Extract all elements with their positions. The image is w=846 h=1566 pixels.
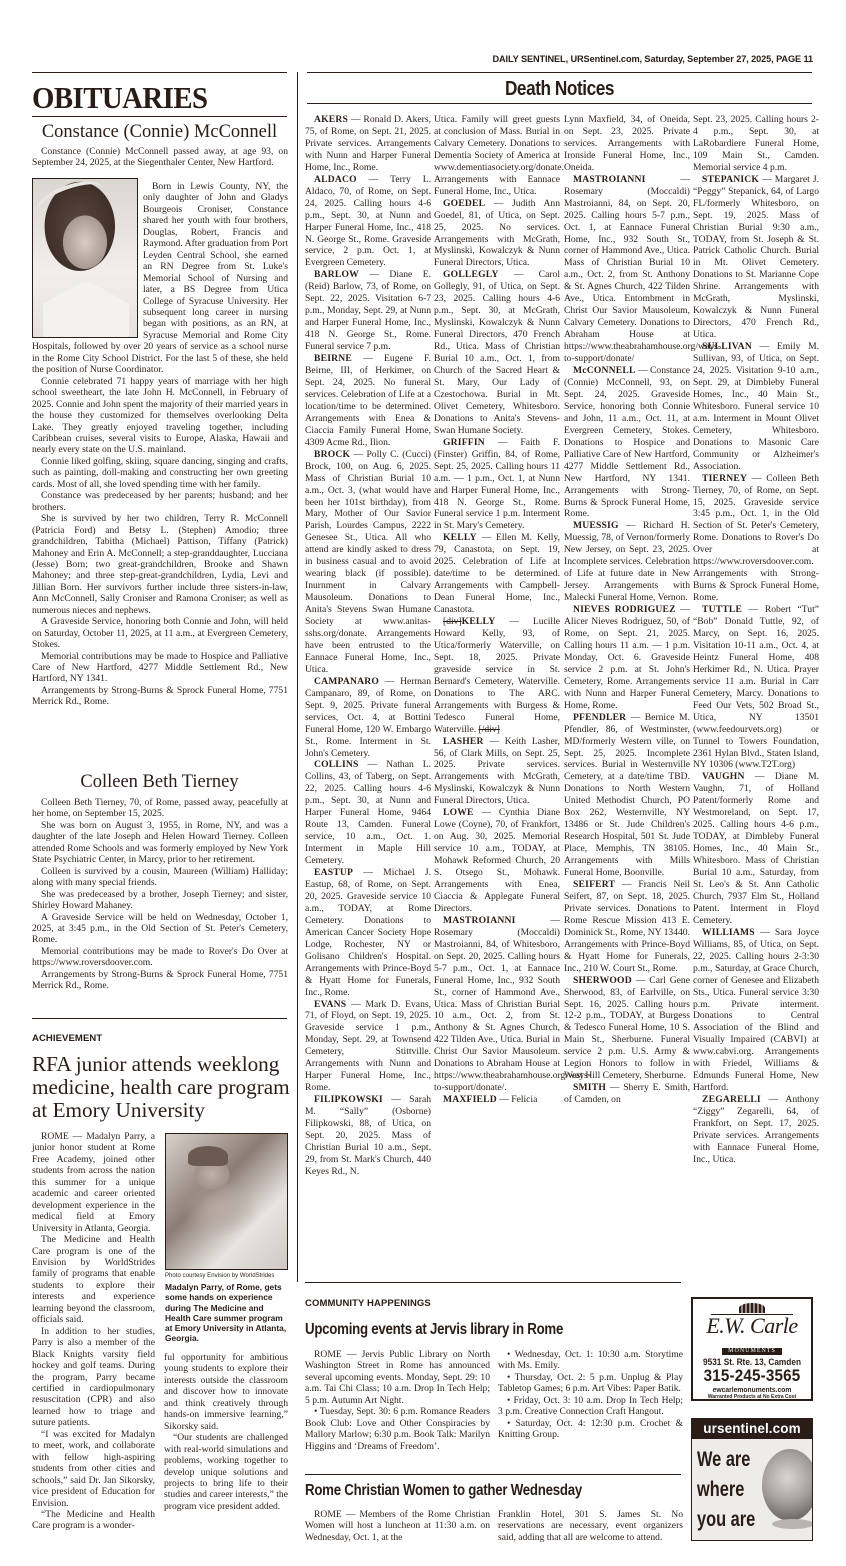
decedent-surname: ALDACO	[314, 174, 357, 185]
death-notice-entry: Lynn Maxfield, 34, of Oneida, on Sept. 2…	[564, 114, 690, 174]
notice-text: — Alicer Nieves Rodriguez, 50, of Rome, …	[564, 604, 690, 711]
obituary-paragraph: Arrangements by Strong-Burns & Sprock Fu…	[32, 969, 288, 992]
struck-markup: [div]	[443, 616, 462, 627]
community-top-rule	[305, 1282, 681, 1283]
article-paragraph: • Friday, Oct. 3: 10 a.m. Drop In Tech H…	[498, 1395, 683, 1418]
decedent-surname: WILLIAMS	[702, 927, 755, 938]
death-notice-entry: ZEGARELLI — Anthony “Ziggy” Zegarelli, 6…	[693, 1094, 819, 1166]
notice-text: — Cynthia Diane Lowe (Coyne), 70, of Fra…	[434, 807, 560, 914]
ad-warranty: Warranted Products at No Extra Cost	[699, 1394, 805, 1401]
death-notice-entry: LOWE — Cynthia Diane Lowe (Coyne), 70, o…	[434, 807, 560, 915]
notice-text: — Carol Gollegly, 91, of Utica, on Sept.…	[434, 269, 560, 435]
decedent-surname: KELLY	[443, 532, 477, 543]
article-paragraph: ROME — Members of the Rome Christian Wom…	[305, 1509, 490, 1543]
notice-text: — Francis Neil Seifert, 87, on Sept. 18,…	[564, 879, 690, 974]
death-notice-entry: VAUGHN — Diane M. Vaughn, 71, of Holland…	[693, 771, 819, 926]
obituary-paragraph: Constance was predeceased by her parents…	[32, 490, 288, 513]
death-notices-column: Sept. 23, 2025. Calling hours 2-4 p.m., …	[693, 114, 819, 1166]
article-paragraph: ROME — Madalyn Parry, a junior honor stu…	[32, 1131, 155, 1234]
article-paragraph: “The Medicine and Health Care program is…	[32, 1509, 155, 1532]
death-notice-entry: PFENDLER — Bernice M. Pfendler, 86, of W…	[564, 712, 690, 879]
obituary-body: Colleen Beth Tierney, 70, of Rome, passe…	[32, 797, 288, 992]
notice-text: — Robert “Tut” “Bob” Donald Tuttle, 92, …	[693, 604, 819, 770]
article-column: Franklin Hotel, 301 S. James St. No rese…	[498, 1509, 683, 1543]
decedent-surname: MASTROIANNI	[573, 174, 646, 185]
story-divider	[305, 1474, 681, 1475]
article-paragraph: The Medicine and Health Care program is …	[32, 1234, 155, 1326]
notice-text: Utica. Family will greet guests at concl…	[434, 114, 564, 197]
decedent-surname: LASHER	[443, 736, 484, 747]
death-notice-entry: STEPANICK — Margaret J. “Peggy” Stepanic…	[693, 174, 819, 341]
decedent-surname: EASTUP	[314, 867, 353, 878]
death-notice-entry: COLLINS — Nathan L. Collins, 43, of Tabe…	[305, 759, 431, 867]
decedent-surname: COLLINS	[314, 759, 359, 770]
death-notice-entry: SULLIVAN — Emily M. Sullivan, 93, of Uti…	[693, 341, 819, 472]
death-notice-entry: EVANS — Mark D. Evans, 71, of Floyd, on …	[305, 999, 431, 1095]
notice-text: — Colleen Beth Tierney, 70, of Rome, on …	[693, 473, 819, 604]
notice-text: — Diane M. Vaughn, 71, of Holland Patent…	[693, 771, 819, 925]
section-label: ACHIEVEMENT	[32, 1033, 102, 1044]
notice-text: — Nathan L. Collins, 43, of Taberg, on S…	[305, 759, 431, 866]
death-notice-entry: SHERWOOD — Carl Gene Sherwood, 83, of Ea…	[564, 975, 690, 1083]
crest-icon	[739, 1303, 765, 1313]
ad-business-name: E.W. Carle	[693, 1315, 811, 1337]
masthead-top-rule	[32, 72, 287, 73]
death-notice-entry: GOEDEL — Judith Ann Goedel, 81, of Utica…	[434, 198, 560, 270]
obituary-paragraph: She was predeceased by a brother, Joseph…	[32, 889, 288, 912]
notice-text: Lynn Maxfield, 34, of Oneida, on Sept. 2…	[564, 114, 690, 173]
notice-text: — Terry L. Aldaco, 70, of Rome, on Sept.…	[305, 174, 431, 269]
death-notice-entry: NIEVES RODRIGUEZ — Alicer Nieves Rodrigu…	[564, 604, 690, 712]
obituary-paragraph: She is survived by her two children, Ter…	[32, 513, 288, 616]
obituary-title: Colleen Beth Tierney	[32, 772, 287, 793]
decedent-surname: GOLLEGLY	[443, 269, 499, 280]
decedent-surname: CAMPANARO	[314, 676, 379, 687]
death-notice-entry: MAXFIELD — Felicia	[434, 1094, 560, 1106]
death-notice-entry: BROCK — Polly C. (Cucci) Brock, 100, on …	[305, 449, 431, 676]
obituary-paragraph: Colleen is survived by a cousin, Maureen…	[32, 866, 288, 889]
death-notices-column: AKERS — Ronald D. Akers, 75, of Rome, on…	[305, 114, 431, 1178]
decedent-surname: MASTROIANNI	[443, 915, 516, 926]
notice-text: — Richard H. Muessig, 78, of Vernon/form…	[564, 520, 690, 603]
globe-icon	[762, 1449, 813, 1521]
article-paragraph: • Wednesday, Oct. 1: 10:30 a.m. Storytim…	[498, 1349, 683, 1372]
article-headline: Upcoming events at Jervis library in Rom…	[305, 1321, 563, 1339]
ursentinel-promo-ad[interactable]: ursentinel.com We are where you are	[691, 1418, 813, 1541]
decedent-surname: EVANS	[314, 999, 346, 1010]
article-column: • Wednesday, Oct. 1: 10:30 a.m. Storytim…	[498, 1349, 683, 1441]
notice-text: — Ellen M. Kelly, 79, Canastota, on Sept…	[434, 532, 560, 615]
decedent-surname: NIEVES RODRIGUEZ	[573, 604, 676, 615]
notice-text: — Lucille Howard Kelly, 93, of Utica/for…	[434, 616, 560, 735]
article-column: ROME — Madalyn Parry, a junior honor stu…	[32, 1131, 155, 1532]
article-paragraph: ROME — Jervis Public Library on North Wa…	[305, 1349, 490, 1406]
notice-text: — Felicia	[497, 1094, 538, 1105]
article-paragraph: • Saturday, Oct. 4: 12:30 p.m. Crochet &…	[498, 1418, 683, 1441]
notice-text: — Margaret J. “Peggy” Stepanick, 64, of …	[693, 174, 819, 340]
student-photo-icon	[165, 1133, 288, 1270]
obituary-title: Constance (Connie) McConnell	[32, 122, 287, 143]
obituary-paragraph: Arrangements by Strong-Burns & Sprock Fu…	[32, 685, 288, 708]
death-notices-top-rule	[307, 72, 812, 73]
death-notice-entry: Utica. Family will greet guests at concl…	[434, 114, 560, 198]
decedent-surname: SHERWOOD	[573, 975, 632, 986]
notice-text: — Sara Joyce Williams, 85, of Utica, on …	[693, 927, 819, 1093]
slogan-line: where	[697, 1475, 755, 1505]
article-column: ful opportunity for ambitious young stud…	[164, 1352, 288, 1512]
death-notice-entry: KELLY — Ellen M. Kelly, 79, Canastota, o…	[434, 532, 560, 616]
death-notice-entry: GRIFFIN — Faith F. (Finster) Griffin, 84…	[434, 437, 560, 533]
article-paragraph: “I was excited for Madalyn to meet, work…	[32, 1429, 155, 1509]
death-notice-entry: FILIPKOWSKI — Sarah M. “Sally” (Osborne)…	[305, 1094, 431, 1178]
decedent-surname: FILIPKOWSKI	[314, 1094, 383, 1105]
death-notice-entry: [div]KELLY — Lucille Howard Kelly, 93, o…	[434, 616, 560, 736]
notice-text: — Constance (Connie) McConnell, 93, on S…	[564, 365, 690, 519]
article-paragraph: ful opportunity for ambitious young stud…	[164, 1352, 288, 1432]
obituary-paragraph: Memorial contributions may be made to Ro…	[32, 946, 288, 969]
section-label: COMMUNITY HAPPENINGS	[305, 1298, 431, 1309]
notice-text: Sept. 23, 2025. Calling hours 2-4 p.m., …	[693, 114, 819, 173]
notice-text: — Sarah M. “Sally” (Osborne) Filipkowski…	[305, 1094, 431, 1177]
article-paragraph: Franklin Hotel, 301 S. James St. No rese…	[498, 1509, 683, 1543]
decedent-surname: SMITH	[573, 1082, 606, 1093]
column-divider	[297, 72, 298, 1282]
article-paragraph: In addition to her studies, Parry is als…	[32, 1326, 155, 1429]
notice-text: — Emily M. Sullivan, 93, of Utica, on Se…	[693, 341, 819, 472]
decedent-surname: KELLY	[462, 616, 496, 627]
death-notice-entry: ALDACO — Terry L. Aldaco, 70, of Rome, o…	[305, 174, 431, 270]
article-headline: Rome Christian Women to gather Wednesday	[305, 1482, 582, 1500]
carle-monuments-ad[interactable]: E.W. Carle MONUMENTS 9531 St. Rte. 13, C…	[691, 1297, 813, 1401]
death-notices-column: Lynn Maxfield, 34, of Oneida, on Sept. 2…	[564, 114, 690, 1106]
globe-stand-shape	[772, 1519, 813, 1529]
surgical-cap-shape	[188, 1146, 228, 1166]
decedent-surname: LOWE	[443, 807, 474, 818]
notice-text: — Carl Gene Sherwood, 83, of Earlville, …	[564, 975, 690, 1082]
photo-wrap-spacer	[32, 181, 143, 341]
notice-text: — Mark D. Evans, 71, of Floyd, on Sept. …	[305, 999, 431, 1094]
decedent-surname: BARLOW	[314, 269, 359, 280]
notice-text: — Michael J. Eastup, 68, of Rome, on Sep…	[305, 867, 431, 998]
ad-slogan: We are where you are	[697, 1445, 755, 1535]
masthead-bottom-rule	[32, 116, 287, 117]
decedent-surname: GRIFFIN	[443, 437, 485, 448]
death-notices-title: Death Notices	[342, 78, 776, 101]
obituary-body: Born in Lewis County, NY, the only daugh…	[32, 181, 288, 708]
death-notices-column: Utica. Family will greet guests at concl…	[434, 114, 560, 1106]
decedent-surname: McCONNELL	[573, 365, 636, 376]
article-paragraph: “Our students are challenged with real-w…	[164, 1432, 288, 1512]
article-paragraph: • Thursday, Oct. 2: 5 p.m. Unplug & Play…	[498, 1372, 683, 1395]
struck-markup: [/div]	[479, 724, 500, 735]
decedent-surname: MAXFIELD	[443, 1094, 497, 1105]
achievement-top-rule	[32, 1018, 287, 1019]
decedent-surname: BROCK	[314, 449, 350, 460]
article-headline: RFA junior attends weeklong medicine, he…	[32, 1053, 292, 1122]
decedent-surname: ZEGARELLI	[702, 1094, 761, 1105]
obituary-paragraph: Connie liked golfing, skiing, square dan…	[32, 456, 288, 490]
decedent-surname: GOEDEL	[443, 198, 485, 209]
ad-site-name: ursentinel.com	[692, 1419, 812, 1439]
article-paragraph: • Tuesday, Sept. 30: 6 p.m. Romance Read…	[305, 1406, 490, 1452]
death-notice-entry: MASTROIANNI — Rosemary (Moccaldi) Mastro…	[434, 915, 560, 1094]
decedent-surname: AKERS	[314, 114, 348, 125]
section-masthead: OBITUARIES	[32, 80, 207, 116]
death-notice-entry: WILLIAMS — Sara Joyce Williams, 85, of U…	[693, 927, 819, 1094]
obituary-paragraph: Colleen Beth Tierney, 70, of Rome, passe…	[32, 797, 288, 820]
notice-text: — Herman Campanaro, 89, of Rome, on Sept…	[305, 676, 431, 759]
article-column: ROME — Jervis Public Library on North Wa…	[305, 1349, 490, 1452]
obituary-paragraph: Memorial contributions may be made to Ho…	[32, 651, 288, 685]
death-notice-entry: Sept. 23, 2025. Calling hours 2-4 p.m., …	[693, 114, 819, 174]
obituary-paragraph: A Graveside Service will be held on Wedn…	[32, 912, 288, 946]
decedent-surname: PFENDLER	[573, 712, 626, 723]
obituary-paragraph: Connie celebrated 71 happy years of marr…	[32, 376, 288, 456]
death-notice-entry: SMITH — Sherry E. Smith, of Camden, on	[564, 1082, 690, 1106]
death-notice-entry: CAMPANARO — Herman Campanaro, 89, of Rom…	[305, 676, 431, 760]
decedent-surname: SEIFERT	[573, 879, 615, 890]
photo-credit: Photo courtesy Envision by WorldStrides	[165, 1272, 280, 1279]
decedent-surname: TUTTLE	[702, 604, 742, 615]
ad-business-tag: MONUMENTS	[722, 1348, 782, 1355]
article-column: ROME — Members of the Rome Christian Wom…	[305, 1509, 490, 1543]
death-notice-entry: MUESSIG — Richard H. Muessig, 78, of Ver…	[564, 520, 690, 604]
death-notice-entry: MASTROIANNI — Rosemary (Moccaldi) Mastro…	[564, 174, 690, 365]
decedent-surname: STEPANICK	[702, 174, 759, 185]
slogan-line: We are	[697, 1445, 755, 1475]
decedent-surname: MUESSIG	[573, 520, 619, 531]
ad-website: ewcarlemonuments.com	[699, 1385, 805, 1394]
obituary-paragraph: She was born on August 3, 1955, in Rome,…	[32, 820, 288, 866]
death-notice-entry: GOLLEGLY — Carol Gollegly, 91, of Utica,…	[434, 269, 560, 436]
obituary-paragraph: Constance (Connie) McConnell passed away…	[32, 146, 288, 169]
decedent-surname: TIERNEY	[702, 473, 747, 484]
death-notices-title-rule	[307, 103, 812, 104]
decedent-surname: VAUGHN	[702, 771, 745, 782]
death-notice-entry: EASTUP — Michael J. Eastup, 68, of Rome,…	[305, 867, 431, 998]
slogan-line: you are	[697, 1505, 755, 1535]
notice-text: — Bernice M. Pfendler, 86, of Westminste…	[564, 712, 690, 878]
notice-text: — Eugene F. Beirne, III, of Herkimer, on…	[305, 353, 431, 448]
obituary-intro: Constance (Connie) McConnell passed away…	[32, 146, 288, 169]
notice-text: — Faith F. (Finster) Griffin, 84, of Rom…	[434, 437, 560, 532]
death-notice-entry: BARLOW — Diane E. (Reid) Barlow, 73, of …	[305, 269, 431, 353]
death-notice-entry: McCONNELL — Constance (Connie) McConnell…	[564, 365, 690, 520]
obituary-paragraph: A Graveside Service, honoring both Conni…	[32, 616, 288, 650]
death-notice-entry: TUTTLE — Robert “Tut” “Bob” Donald Tuttl…	[693, 604, 819, 771]
notice-text: — Diane E. (Reid) Barlow, 73, of Rome, o…	[305, 269, 431, 352]
decedent-surname: BEIRNE	[314, 353, 352, 364]
page-folio: DAILY SENTINEL, URSentinel.com, Saturday…	[492, 54, 813, 64]
death-notice-entry: BEIRNE — Eugene F. Beirne, III, of Herki…	[305, 353, 431, 449]
decedent-surname: SULLIVAN	[702, 341, 752, 352]
death-notice-entry: TIERNEY — Colleen Beth Tierney, 70, of R…	[693, 473, 819, 604]
death-notice-entry: LASHER — Keith Lasher, 56, of Clark Mill…	[434, 736, 560, 808]
ad-phone: 315-245-3565	[698, 1368, 807, 1385]
death-notice-entry: AKERS — Ronald D. Akers, 75, of Rome, on…	[305, 114, 431, 174]
notice-text: — Polly C. (Cucci) Brock, 100, on Aug. 6…	[305, 449, 431, 675]
death-notice-entry: SEIFERT — Francis Neil Seifert, 87, on S…	[564, 879, 690, 975]
photo-caption: Madalyn Parry, of Rome, gets some hands …	[165, 1282, 291, 1344]
